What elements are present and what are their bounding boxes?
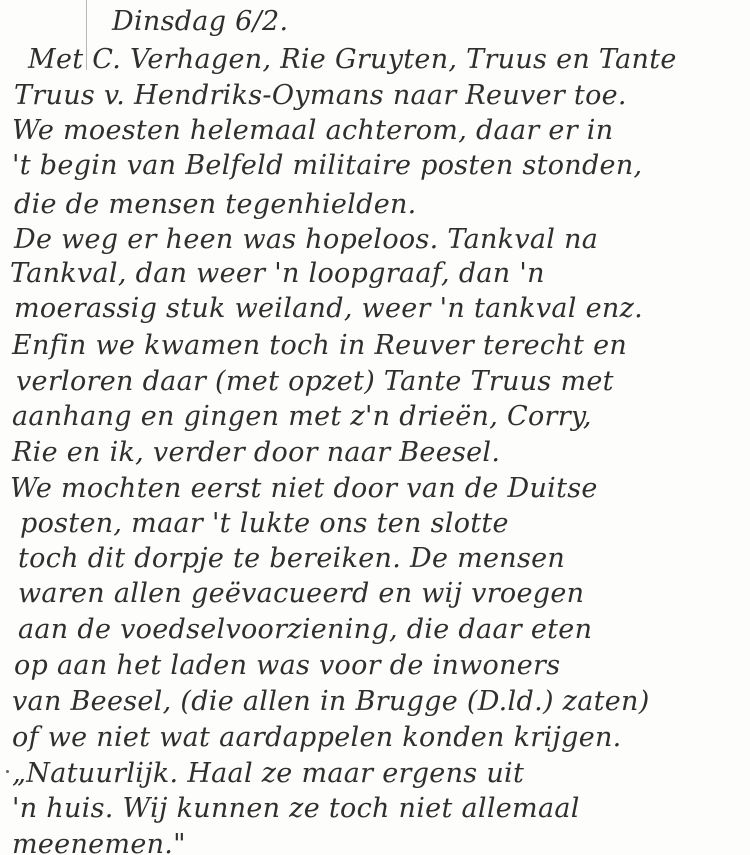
diary-line-6: De weg er heen was hopeloos. Tankval na — [14, 224, 598, 255]
diary-line-23: meenemen." — [12, 829, 186, 855]
diary-line-4: 't begin van Belfeld militaire posten st… — [12, 150, 642, 181]
diary-line-9: Enfin we kwamen toch in Reuver terecht e… — [12, 330, 627, 361]
diary-line-12: Rie en ik, verder door naar Beesel. — [12, 437, 500, 468]
diary-line-15: toch dit dorpje te bereiken. De mensen — [18, 543, 565, 574]
ink-speck — [6, 770, 9, 773]
diary-line-17: aan de voedselvoorziening, die daar eten — [18, 614, 592, 645]
diary-line-21: „Natuurlijk. Haal ze maar ergens uit — [12, 758, 524, 789]
diary-line-10: verloren daar (met opzet) Tante Truus me… — [16, 366, 614, 397]
diary-line-18: op aan het laden was voor de inwoners — [14, 650, 560, 681]
diary-line-14: posten, maar 't lukte ons ten slotte — [20, 508, 509, 539]
diary-line-8: moerassig stuk weiland, weer 'n tankval … — [14, 293, 643, 324]
diary-line-1: Met C. Verhagen, Rie Gruyten, Truus en T… — [28, 44, 677, 75]
diary-line-16: waren allen geëvacueerd en wij vroegen — [18, 578, 584, 609]
diary-line-20: of we niet wat aardappelen konden krijge… — [12, 722, 622, 753]
diary-line-7: Tankval, dan weer 'n loopgraaf, dan 'n — [10, 258, 545, 289]
diary-heading: Dinsdag 6/2. — [112, 6, 288, 37]
diary-line-19: van Beesel, (die allen in Brugge (D.ld.)… — [12, 686, 650, 717]
diary-line-11: aanhang en gingen met z'n drieën, Corry, — [12, 401, 592, 432]
diary-page: Dinsdag 6/2. Met C. Verhagen, Rie Gruyte… — [0, 0, 750, 855]
diary-line-2: Truus v. Hendriks-Oymans naar Reuver toe… — [14, 80, 627, 111]
diary-line-13: We mochten eerst niet door van de Duitse — [10, 473, 598, 504]
diary-line-5: die de mensen tegenhielden. — [14, 189, 417, 220]
diary-line-22: 'n huis. Wij kunnen ze toch niet allemaa… — [12, 793, 580, 824]
diary-line-3: We moesten helemaal achterom, daar er in — [12, 115, 613, 146]
